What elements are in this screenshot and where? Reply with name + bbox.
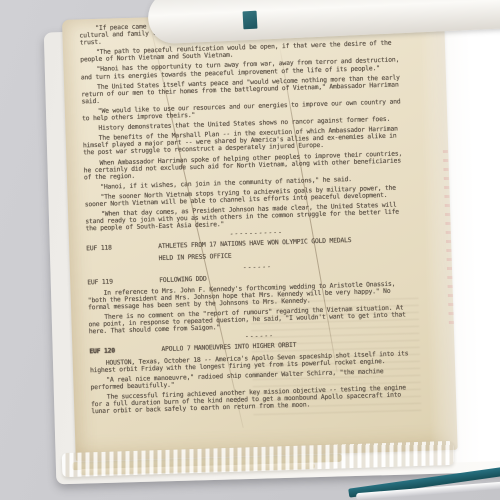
story-vietnam-harriman: "If peace came to Vietnam, both North an… [79, 15, 410, 232]
typed-press-release-page: "If peace came to Vietnam, both North an… [62, 8, 458, 462]
story-kennedy-onassis: EUF 119FOLLOWING DDD In reference to Mrs… [87, 269, 414, 336]
photo-scene: "If peace came to Vietnam, both North an… [0, 0, 500, 500]
story-headline: FOLLOWING DDD [159, 274, 207, 283]
teal-index-tab [243, 11, 258, 30]
story-slug: EUF 120 [89, 347, 161, 356]
story-slug: EUF 119 [87, 277, 159, 286]
story-apollo-7: EUF 120APOLLO 7 MANOEUVRES INTO HIGHER O… [89, 339, 416, 416]
story-slug: EUF 118 [86, 244, 158, 253]
story-headline: APOLLO 7 MANOEUVRES INTO HIGHER ORBIT [161, 341, 296, 353]
